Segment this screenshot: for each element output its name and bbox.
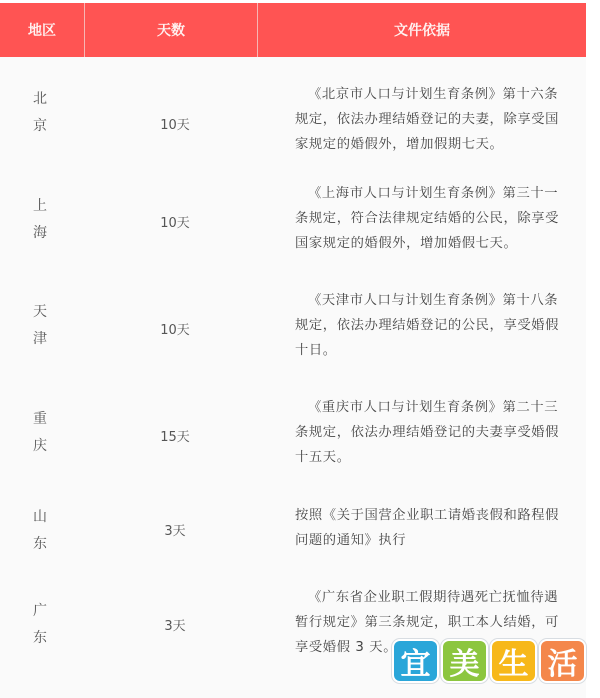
basis-cell: 《上海市人口与计划生育条例》第三十一条规定，符合法律规定结婚的公民，除享受国家规…	[295, 181, 565, 256]
logo-tile-huo: 活	[541, 641, 584, 681]
region-cell: 上 海	[30, 193, 50, 247]
logo-tile-sheng: 生	[492, 641, 535, 681]
days-cell: 15天	[150, 426, 200, 445]
days-cell: 10天	[150, 319, 200, 338]
basis-cell: 《北京市人口与计划生育条例》第十六条规定，依法办理结婚登记的夫妻，除享受国家规定…	[295, 82, 565, 157]
region-cell: 广 东	[30, 598, 50, 652]
region-cell: 重 庆	[30, 406, 50, 460]
logo-tile-yi: 宜	[394, 641, 437, 681]
header-days: 天数	[85, 3, 258, 57]
basis-cell: 《重庆市人口与计划生育条例》第二十三条规定，依法办理结婚登记的夫妻享受婚假十五天…	[295, 395, 565, 470]
logo-tile-mei: 美	[443, 641, 486, 681]
region-cell: 北 京	[30, 86, 50, 140]
header-region: 地区	[0, 3, 85, 57]
days-cell: 10天	[150, 212, 200, 231]
region-cell: 天 津	[30, 299, 50, 353]
header-basis: 文件依据	[258, 3, 586, 57]
days-cell: 10天	[150, 114, 200, 133]
days-cell: 3天	[150, 520, 200, 539]
watermark-logo: 宜 美 生 活	[394, 641, 584, 681]
basis-cell: 按照《关于国营企业职工请婚丧假和路程假问题的通知》执行	[295, 503, 565, 553]
region-cell: 山 东	[30, 504, 50, 558]
days-cell: 3天	[150, 615, 200, 634]
basis-cell: 《天津市人口与计划生育条例》第十八条规定，依法办理结婚登记的公民，享受婚假十日。	[295, 288, 565, 363]
table-header: 地区 天数 文件依据	[0, 3, 586, 57]
